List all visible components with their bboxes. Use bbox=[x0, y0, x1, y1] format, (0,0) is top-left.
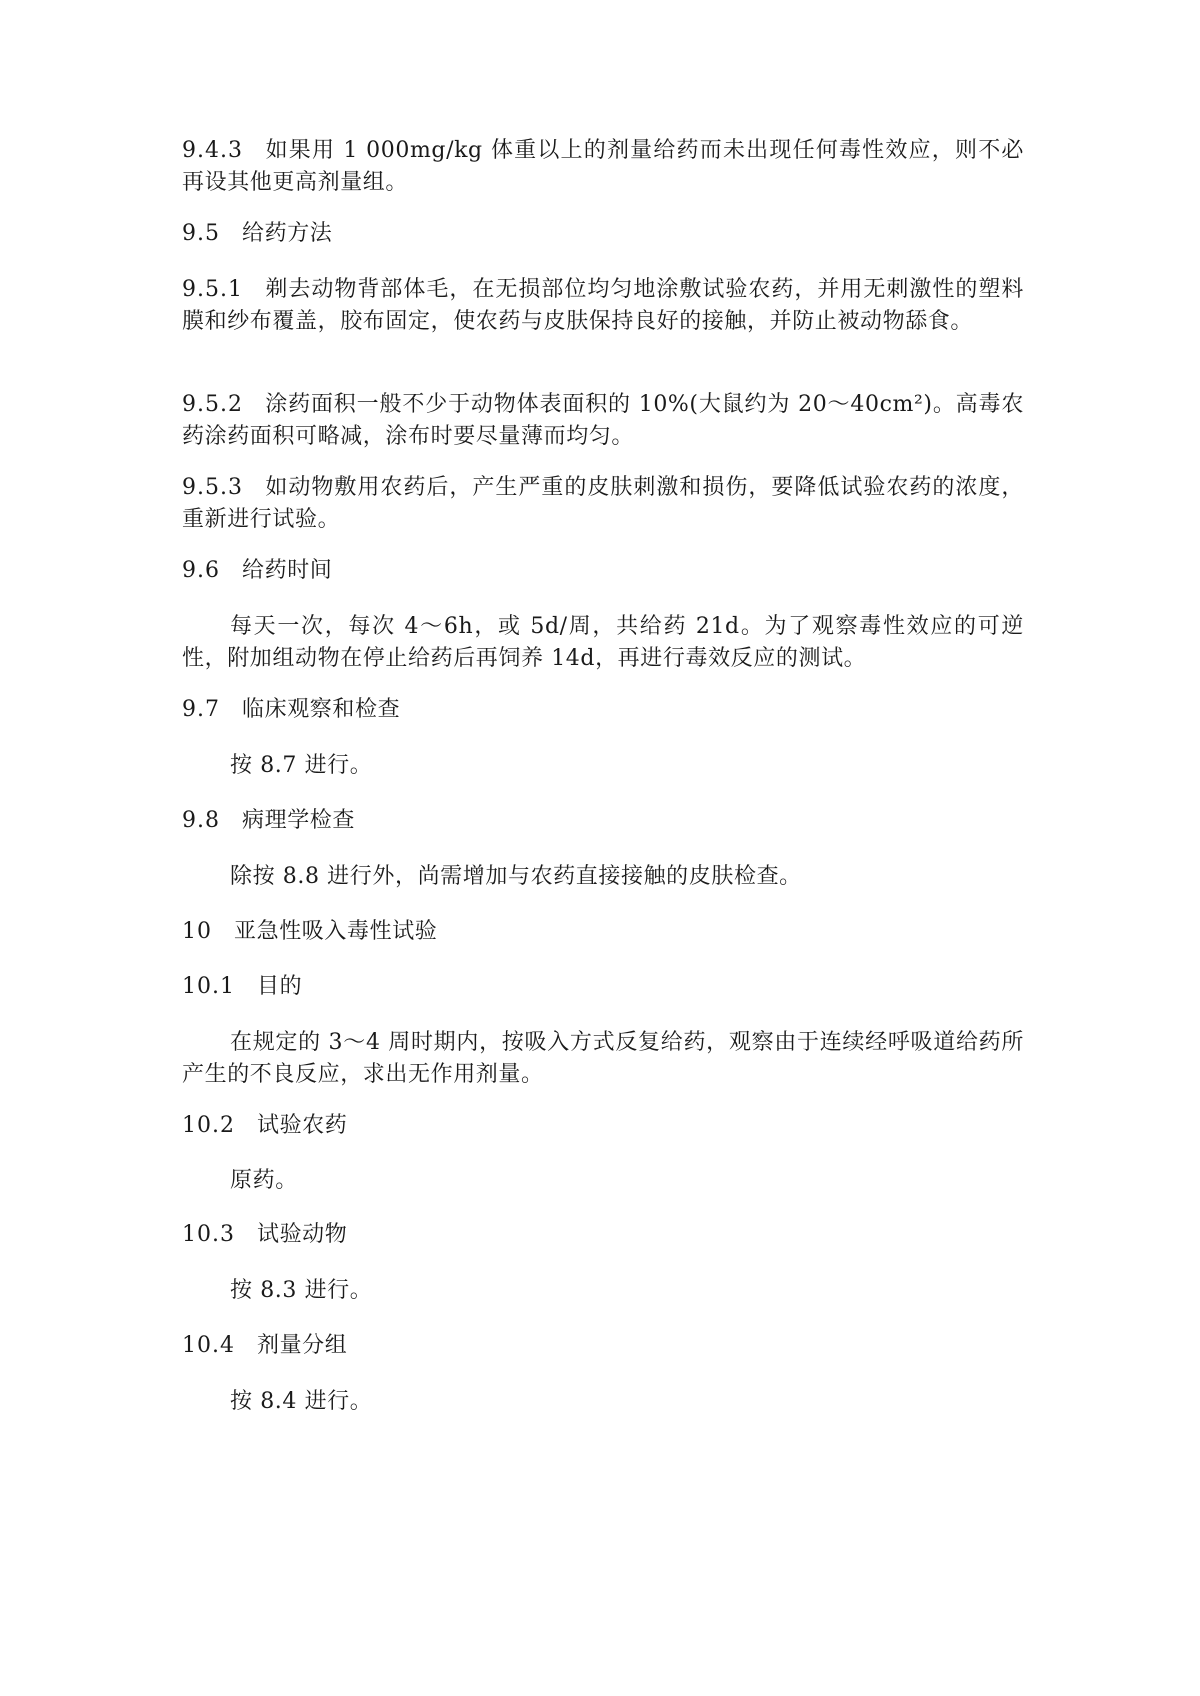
heading-text: 给药时间 bbox=[242, 558, 332, 583]
heading-text: 目的 bbox=[257, 974, 302, 999]
clause-text: 涂药面积一般不少于动物体表面积的 10%(大鼠约为 20～40cm²)。高毒农药… bbox=[182, 392, 1024, 449]
heading-9-8: 9.8病理学检查 bbox=[182, 805, 1024, 837]
heading-text: 临床观察和检查 bbox=[242, 697, 400, 722]
clause-number: 9.5.3 bbox=[182, 472, 243, 504]
heading-9-7: 9.7临床观察和检查 bbox=[182, 694, 1024, 726]
heading-number: 10.3 bbox=[182, 1219, 235, 1251]
clause-text: 如动物敷用农药后，产生严重的皮肤刺激和损伤，要降低试验农药的浓度，重新进行试验。 bbox=[182, 475, 1024, 532]
heading-number: 10.2 bbox=[182, 1110, 235, 1142]
heading-10-1: 10.1目的 bbox=[182, 971, 1024, 1003]
body-10-4: 按 8.4 进行。 bbox=[182, 1386, 1024, 1418]
heading-number: 9.5 bbox=[182, 218, 220, 250]
body-10-2: 原药。 bbox=[182, 1165, 1024, 1197]
heading-10-3: 10.3试验动物 bbox=[182, 1219, 1024, 1251]
clause-text: 如果用 1 000mg/kg 体重以上的剂量给药而未出现任何毒性效应，则不必再设… bbox=[182, 138, 1024, 195]
heading-number: 10.4 bbox=[182, 1330, 235, 1362]
heading-text: 亚急性吸入毒性试验 bbox=[234, 919, 437, 944]
heading-9-6: 9.6给药时间 bbox=[182, 555, 1024, 587]
heading-number: 10.1 bbox=[182, 971, 235, 1003]
clause-number: 9.5.2 bbox=[182, 389, 243, 421]
body-9-7: 按 8.7 进行。 bbox=[182, 750, 1024, 782]
heading-10: 10亚急性吸入毒性试验 bbox=[182, 916, 1024, 948]
heading-9-5: 9.5给药方法 bbox=[182, 218, 1024, 250]
body-9-8: 除按 8.8 进行外，尚需增加与农药直接接触的皮肤检查。 bbox=[182, 861, 1024, 893]
heading-10-2: 10.2试验农药 bbox=[182, 1110, 1024, 1142]
clause-9-5-1: 9.5.1剃去动物背部体毛，在无损部位均匀地涂敷试验农药，并用无刺激性的塑料膜和… bbox=[182, 274, 1024, 338]
clause-number: 9.4.3 bbox=[182, 135, 243, 167]
body-10-3: 按 8.3 进行。 bbox=[182, 1275, 1024, 1307]
clause-9-5-2: 9.5.2涂药面积一般不少于动物体表面积的 10%(大鼠约为 20～40cm²)… bbox=[182, 389, 1024, 453]
heading-number: 9.6 bbox=[182, 555, 220, 587]
heading-number: 10 bbox=[182, 916, 212, 948]
heading-text: 给药方法 bbox=[242, 221, 332, 246]
body-10-1: 在规定的 3～4 周时期内，按吸入方式反复给药，观察由于连续经呼吸道给药所产生的… bbox=[182, 1027, 1024, 1091]
heading-number: 9.8 bbox=[182, 805, 220, 837]
clause-number: 9.5.1 bbox=[182, 274, 243, 306]
heading-10-4: 10.4剂量分组 bbox=[182, 1330, 1024, 1362]
clause-9-5-3: 9.5.3如动物敷用农药后，产生严重的皮肤刺激和损伤，要降低试验农药的浓度，重新… bbox=[182, 472, 1024, 536]
heading-number: 9.7 bbox=[182, 694, 220, 726]
heading-text: 剂量分组 bbox=[257, 1333, 347, 1358]
body-9-6: 每天一次，每次 4～6h，或 5d/周，共给药 21d。为了观察毒性效应的可逆性… bbox=[182, 611, 1024, 675]
clause-text: 剃去动物背部体毛，在无损部位均匀地涂敷试验农药，并用无刺激性的塑料膜和纱布覆盖，… bbox=[182, 277, 1024, 334]
heading-text: 试验动物 bbox=[257, 1222, 347, 1247]
heading-text: 试验农药 bbox=[257, 1113, 347, 1138]
clause-9-4-3: 9.4.3如果用 1 000mg/kg 体重以上的剂量给药而未出现任何毒性效应，… bbox=[182, 135, 1024, 199]
heading-text: 病理学检查 bbox=[242, 808, 355, 833]
